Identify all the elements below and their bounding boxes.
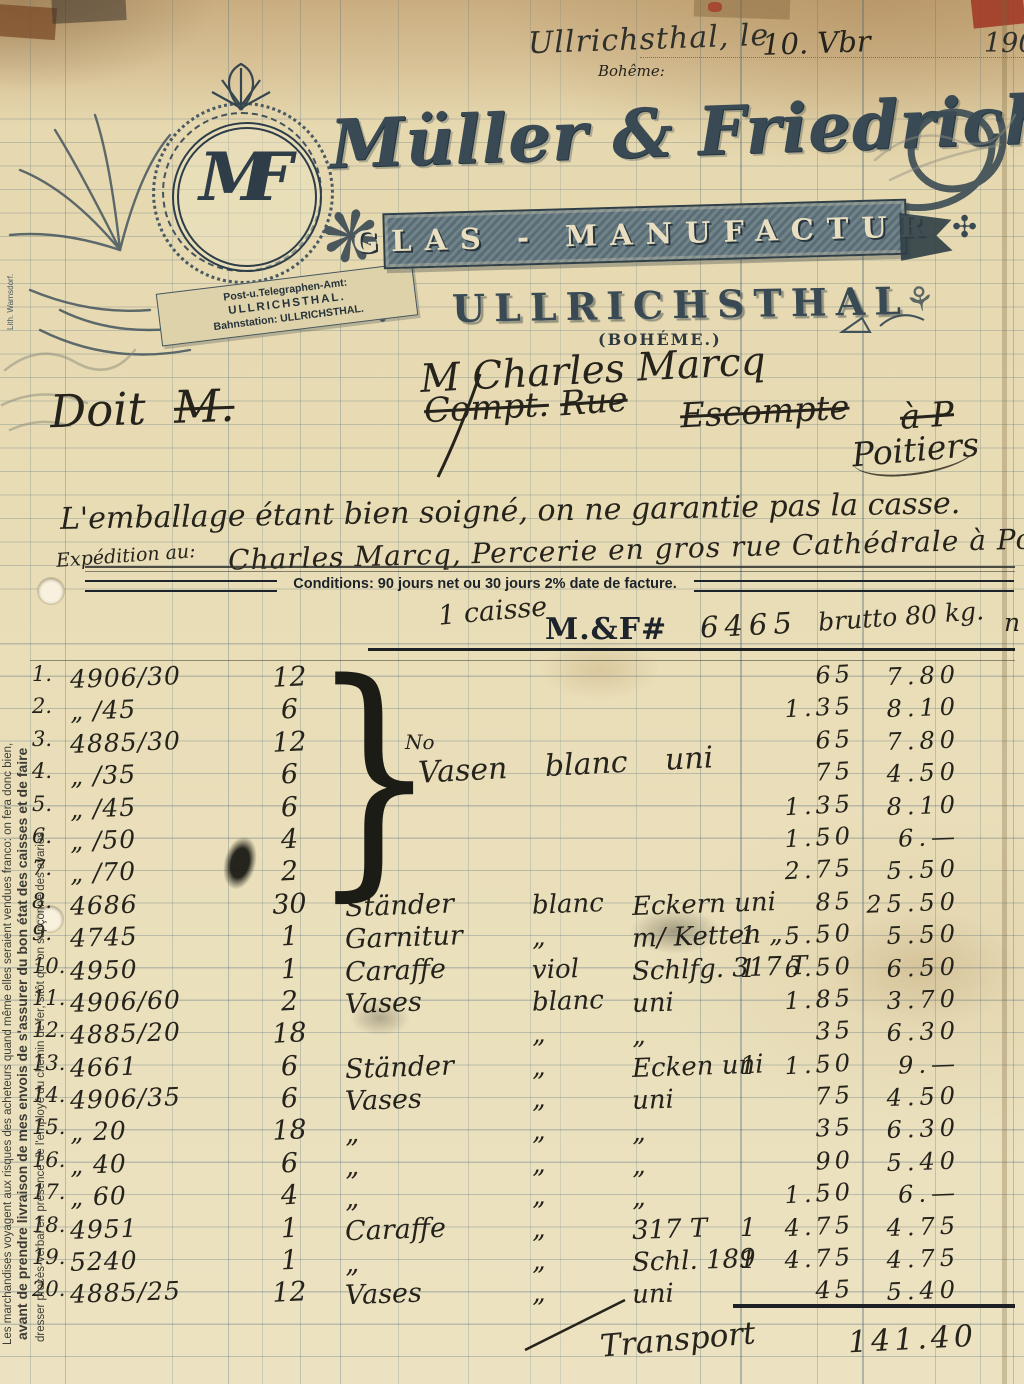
- cell-no: 5.: [32, 792, 68, 816]
- glas-manufactur-banner: GLAS - MANUFACTUR: [382, 199, 907, 270]
- caisse-note: 1 caisse: [437, 591, 549, 631]
- conditions-bar-right: [694, 580, 1014, 592]
- cell-qty: 6: [241, 1145, 337, 1181]
- cell-no: 4.: [32, 759, 68, 783]
- table-row: 1.4906/3012657.80: [0, 662, 1024, 694]
- shipment-weight: brutto 80 kg.: [817, 596, 985, 637]
- table-row: 17.„ 604„„„1.506.—: [0, 1180, 1024, 1212]
- cell-qty: 6: [241, 1048, 337, 1084]
- cell-total: 5.50: [864, 855, 969, 887]
- cell-total: 6.50: [864, 952, 969, 984]
- cell-item: „ 60: [70, 1177, 236, 1212]
- cell-unit: 65: [761, 724, 854, 757]
- cell-unit: 1.50: [761, 822, 854, 855]
- cell-total: 4.50: [864, 757, 969, 789]
- cell-d1: Garnitur: [345, 918, 531, 955]
- cell-unit: 90: [761, 1145, 854, 1178]
- tape-stain: [0, 4, 57, 40]
- cell-total: 9.—: [864, 1049, 969, 1081]
- cell-item: „ /45: [70, 789, 236, 824]
- cell-total: 6.30: [864, 1114, 969, 1146]
- cell-unit: 4.75: [761, 1210, 854, 1243]
- cell-item: „ /45: [70, 692, 236, 727]
- cell-total: 25.50: [864, 887, 969, 919]
- table-row: 8.468630StänderblancEckern uni8525.50: [0, 889, 1024, 921]
- conditions-bar-left: [85, 580, 277, 592]
- cell-d2: „: [532, 1146, 629, 1179]
- cell-d2: blanc: [532, 887, 629, 920]
- cell-pre: 1: [740, 1245, 764, 1274]
- cell-unit: 2.75: [761, 854, 854, 887]
- cell-unit: 1.50: [761, 1048, 854, 1081]
- table-row: 12.4885/2018„„356.30: [0, 1018, 1024, 1050]
- cell-item: 4906/35: [70, 1080, 236, 1115]
- table-row: 2.„ /4561.358.10: [0, 694, 1024, 726]
- punch-hole: [38, 578, 64, 604]
- doit-struck-m: M.: [173, 379, 235, 434]
- cell-total: 7.80: [864, 660, 969, 692]
- small-flourish-icon: [840, 306, 930, 336]
- cell-item: 5240: [70, 1242, 236, 1277]
- table-row: 13.46616Ständer„Ecken uni11.509.—: [0, 1051, 1024, 1083]
- table-row: 14.4906/356Vases„uni754.50: [0, 1083, 1024, 1115]
- cell-qty: 1: [241, 1243, 337, 1279]
- cell-total: 6.—: [864, 1178, 969, 1210]
- cell-qty: 18: [241, 1016, 337, 1052]
- cell-unit: 1.85: [761, 984, 854, 1017]
- cell-qty: 1: [241, 1210, 337, 1246]
- cell-item: 4885/25: [70, 1275, 236, 1310]
- cell-unit: 75: [761, 1081, 854, 1114]
- cell-d1: Ständer: [345, 1047, 531, 1084]
- cell-total: 6.30: [864, 1016, 969, 1048]
- struck-word-escompte: Escompte: [679, 388, 850, 437]
- cell-total: 5.40: [864, 1146, 969, 1178]
- cell-total: 8.10: [864, 693, 969, 725]
- cell-unit: 6.50: [761, 951, 854, 984]
- cell-no: 3.: [32, 727, 68, 751]
- cell-total: 7.80: [864, 725, 969, 757]
- dateline-region: Bohême:: [598, 62, 665, 80]
- cell-pre: 1: [740, 921, 764, 950]
- cell-d2: „: [532, 919, 629, 952]
- table-row: 5.„ /4561.358.10: [0, 792, 1024, 824]
- table-top-heavy-rule: [368, 648, 1015, 651]
- cell-no: 2.: [32, 694, 68, 718]
- struck-word-rue: Rue: [559, 380, 629, 425]
- cell-qty: 12: [241, 1275, 337, 1311]
- cell-total: 5.50: [864, 919, 969, 951]
- cell-unit: 1.50: [761, 1178, 854, 1211]
- cell-d1: „: [345, 1112, 531, 1149]
- cell-unit: 45: [761, 1275, 854, 1308]
- cell-item: 4951: [70, 1210, 236, 1245]
- cell-d2: „: [532, 1243, 629, 1276]
- table-row: 19.52401„„Schl. 18914.754.75: [0, 1245, 1024, 1277]
- cell-item: „ /70: [70, 853, 236, 888]
- doit-word: Doit: [49, 382, 146, 438]
- table-row: 15.„ 2018„„„356.30: [0, 1115, 1024, 1147]
- shipment-mark: M.&F#: [545, 612, 667, 647]
- medallion-monogram: MF: [196, 138, 296, 216]
- cell-item: „ /35: [70, 756, 236, 791]
- cell-d1: „: [345, 1177, 531, 1214]
- cell-item: „ 40: [70, 1145, 236, 1180]
- shipment-weight-fragment: n: [1004, 608, 1020, 637]
- cell-unit: 1.35: [761, 692, 854, 725]
- cell-d1: Caraffe: [345, 1209, 531, 1246]
- table-row: 16.„ 406„„„905.40: [0, 1148, 1024, 1180]
- shipment-mark-number: 6465: [699, 605, 798, 644]
- tape-stain: [51, 0, 126, 24]
- cell-total: 4.75: [864, 1211, 969, 1243]
- cell-unit: 35: [761, 1113, 854, 1146]
- tape-stain: [694, 0, 791, 20]
- cell-item: 4906/60: [70, 983, 236, 1018]
- cell-d1: Vases: [345, 1080, 531, 1117]
- cell-d2: „: [532, 1081, 629, 1114]
- palmette-crest-icon: [196, 62, 286, 110]
- cell-d2: „: [532, 1179, 629, 1212]
- printer-imprint: Lith. Warnsdorf.: [6, 274, 15, 330]
- invoice-sheet: Ullrichsthal, le Bohême: 10. Vbr 190 ❋ ❋…: [0, 0, 1024, 1384]
- cell-total: 5.40: [864, 1276, 969, 1308]
- cell-d2: viol: [532, 952, 629, 985]
- cell-item: 4906/30: [70, 659, 236, 694]
- cell-qty: 18: [241, 1113, 337, 1149]
- ink-smudge: [630, 908, 720, 954]
- cell-unit: 4.75: [761, 1243, 854, 1276]
- monogram-letter-f: F: [246, 138, 293, 216]
- cell-total: 4.75: [864, 1243, 969, 1275]
- brace-note-prefix: No: [405, 730, 435, 754]
- cell-d2: „: [532, 1114, 629, 1147]
- conditions-text: Conditions: 90 jours net ou 30 jours 2% …: [280, 576, 690, 592]
- cell-item: 4661: [70, 1048, 236, 1083]
- customer-city: Poitiers: [850, 425, 981, 481]
- table-row: 9.47451Garnitur„m/ Ketten „15.505.50: [0, 921, 1024, 953]
- cell-d2: „: [532, 1049, 629, 1082]
- table-row: 11.4906/602Vasesblancuni1.853.70: [0, 986, 1024, 1018]
- cell-pre: 1: [740, 1051, 764, 1080]
- dateline-date-handwritten: 10. Vbr: [761, 24, 871, 62]
- cell-unit: 75: [761, 757, 854, 790]
- cell-unit: 5.50: [761, 919, 854, 952]
- table-row: 10.49501CaraffeviolSchlfg. 317 T16.506.5…: [0, 954, 1024, 986]
- cell-item: 4885/30: [70, 724, 236, 759]
- margin-note-2: avant de prendre livraison de mes envois…: [14, 748, 30, 1340]
- red-dot-stain: [708, 2, 722, 12]
- cell-item: „ /50: [70, 821, 236, 856]
- cell-item: „ 20: [70, 1113, 236, 1148]
- expedition-underline-2: [85, 571, 1015, 572]
- cell-unit: 35: [761, 1016, 854, 1049]
- pen-slash: [430, 372, 510, 482]
- cell-item: 4745: [70, 918, 236, 953]
- cell-d1: „: [345, 1145, 531, 1182]
- total-rule: [733, 1304, 1015, 1308]
- cell-total: 6.—: [864, 822, 969, 854]
- banner-cross-icon: ✣: [952, 210, 977, 245]
- table-row: 6.„ /5041.506.—: [0, 824, 1024, 856]
- margin-note-3: dresser procès-verbal en présence de l'e…: [35, 829, 47, 1342]
- glas-manufactur-label: GLAS - MANUFACTUR: [353, 209, 937, 259]
- cell-qty: 4: [241, 1178, 337, 1214]
- grand-total: 141.40: [847, 1319, 978, 1361]
- ink-smudge: [350, 1000, 410, 1036]
- cell-d2: „: [532, 1017, 629, 1050]
- cell-qty: 2: [241, 983, 337, 1019]
- dateline-year: 190: [984, 28, 1024, 59]
- red-corner-stain: [970, 0, 1024, 29]
- cell-qty: 6: [241, 1081, 337, 1117]
- cell-total: 4.50: [864, 1081, 969, 1113]
- cell-no: 1.: [32, 662, 68, 686]
- table-row: 7.„ /7022.755.50: [0, 856, 1024, 888]
- cell-pre: 1: [740, 1213, 764, 1242]
- cell-unit: 85: [761, 886, 854, 919]
- cell-total: 8.10: [864, 790, 969, 822]
- cell-total: 3.70: [864, 984, 969, 1016]
- cell-d1: „: [345, 1242, 531, 1279]
- cell-unit: 1.35: [761, 789, 854, 822]
- table-row: 18.49511Caraffe„317 T14.754.75: [0, 1213, 1024, 1245]
- cell-pre: 1: [740, 954, 764, 983]
- pencil-scribble: [870, 100, 1020, 190]
- cell-qty: 1: [241, 951, 337, 987]
- cell-item: 4950: [70, 951, 236, 986]
- cell-item: 4686: [70, 886, 236, 921]
- expedition-underline: [85, 566, 1015, 568]
- cell-d2: blanc: [532, 984, 629, 1017]
- doit-label: Doit M.: [49, 379, 235, 438]
- cell-d2: „: [532, 1211, 629, 1244]
- cell-d1: Caraffe: [345, 950, 531, 987]
- cell-qty: 1: [241, 919, 337, 955]
- margin-note-1: Les marchandises voyagent aux risques de…: [2, 743, 14, 1345]
- cell-d1: Vases: [345, 1274, 531, 1311]
- dateline-place: Ullrichsthal, le: [527, 18, 769, 61]
- cell-item: 4885/20: [70, 1015, 236, 1050]
- cell-unit: 65: [761, 660, 854, 693]
